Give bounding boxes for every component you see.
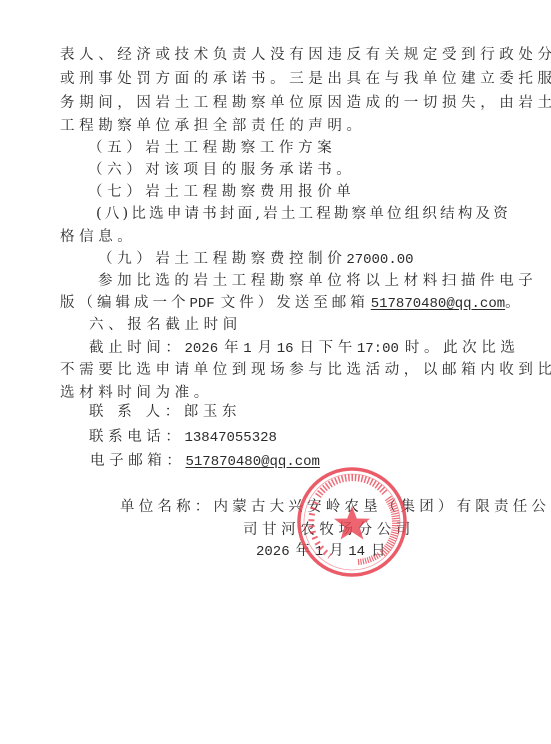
deadline-time-suffix: 时。此次比选 (405, 340, 520, 356)
statement-line-4: 工程勘察单位承担全部责任的声明。 (60, 117, 366, 135)
deadline-year: 2026 (185, 341, 219, 357)
signature-date-year: 2026 (256, 544, 290, 560)
contact-email: 电子邮箱：517870480@qq.com (90, 452, 320, 470)
contact-phone-number: 13847055328 (185, 430, 277, 446)
statement-line-3: 务期间，因岩土工程勘察单位原因造成的一切损失，由岩土 (60, 94, 551, 112)
signature-date-day-unit: 日 (371, 543, 390, 559)
signature-date-month-unit: 月 (329, 543, 348, 559)
submission-line-1: 参加比选的岩土工程勘察单位将以上材料扫描件电子 (98, 272, 537, 290)
signature-date-month: 1 (315, 544, 323, 560)
deadline-day-unit: 日下午 (300, 340, 357, 356)
item-9-label: （九）岩土工程勘察费控制价 (98, 251, 346, 267)
submission-email-link[interactable]: 517870480@qq.com (371, 296, 505, 312)
contact-email-link[interactable]: 517870480@qq.com (186, 454, 320, 470)
deadline-line-3: 选材料时间为准。 (60, 384, 213, 402)
contact-phone: 联系电话：13847055328 (89, 428, 277, 446)
item-6: （六）对该项目的服务承诺书。 (88, 161, 355, 179)
deadline-time: 17:00 (357, 341, 399, 357)
deadline-month: 1 (243, 341, 251, 357)
item-8-line-1: (八)比选申请书封面,岩土工程勘察单位组织结构及资 (96, 205, 511, 223)
contact-person-name: 郎玉东 (184, 404, 241, 420)
contact-phone-label: 联系电话： (89, 429, 185, 445)
signature-unit-line-2: 司甘河农牧场分公司 (243, 521, 415, 539)
deadline-prefix: 截止时间： (89, 340, 185, 356)
submission-suffix: 。 (505, 295, 524, 311)
deadline-line-1: 截止时间：2026年1月16日下午17:00时。此次比选 (89, 339, 519, 357)
statement-line-2: 或刑事处罚方面的承诺书。三是出具在与我单位建立委托服 (60, 70, 551, 88)
item-8-line-2: 格信息。 (60, 228, 136, 246)
item-9-value: 27000.00 (346, 252, 413, 268)
submission-mid: 文件）发送至邮箱 (221, 295, 369, 311)
item-5: （五）岩土工程勘察工作方案 (88, 139, 336, 157)
deadline-month-unit: 月 (258, 340, 277, 356)
deadline-line-2: 不需要比选申请单位到现场参与比选活动，以邮箱内收到比 (60, 361, 551, 379)
contact-email-label: 电子邮箱： (90, 453, 186, 469)
deadline-day: 16 (277, 341, 294, 357)
document-page: 表人、经济或技术负责人没有因违反有关规定受到行政处分 或刑事处罚方面的承诺书。三… (0, 0, 551, 744)
submission-line-2: 版（编辑成一个PDF文件）发送至邮箱517870480@qq.com。 (60, 294, 524, 312)
signature-unit-line-1: 单位名称：内蒙古大兴安岭农垦（集团）有限责任公 (120, 498, 550, 516)
signature-date: 2026年1月14日 (256, 542, 390, 560)
contact-person: 联 系 人：郎玉东 (89, 403, 241, 421)
submission-prefix: 版（编辑成一个 (60, 295, 190, 311)
statement-line-1: 表人、经济或技术负责人没有因违反有关规定受到行政处分 (60, 46, 551, 64)
signature-date-day: 14 (348, 544, 365, 560)
signature-date-year-unit: 年 (296, 543, 315, 559)
item-9: （九）岩土工程勘察费控制价27000.00 (98, 250, 414, 268)
pdf-label: PDF (190, 296, 215, 312)
deadline-year-unit: 年 (224, 340, 243, 356)
item-7: （七）岩土工程勘察费用报价单 (88, 183, 355, 201)
contact-person-label: 联 系 人： (89, 404, 184, 420)
section-6-heading: 六、报名截止时间 (89, 316, 242, 334)
